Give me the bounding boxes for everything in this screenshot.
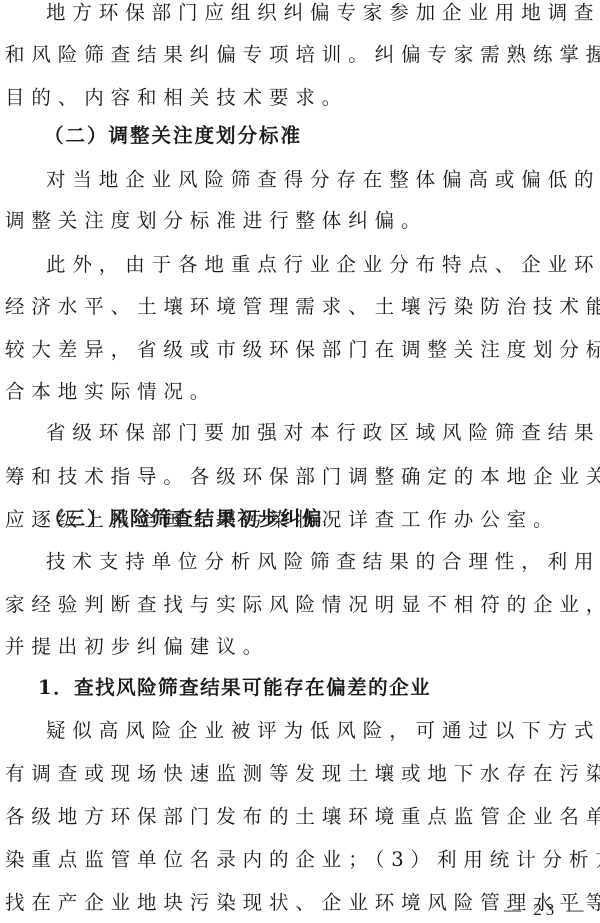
paragraph-line: 各级地方环保部门发布的土壤环境重点监管企业名单或土壤环境污 xyxy=(5,802,591,832)
document-page: 地方环保部门应组织纠偏专家参加企业用地调查相关技术培训 和风险筛查结果纠偏专项培… xyxy=(0,0,600,923)
page-number: — 23 — xyxy=(504,900,588,920)
section-heading: （三）风险筛查结果初步纠偏 xyxy=(44,504,600,534)
paragraph-line: 染重点监管单位名录内的企业；（3）利用统计分析方法（附录 1）查 xyxy=(5,845,591,875)
paragraph-line: 经济水平、土壤环境管理需求、土壤污染防治技术能力等方面存在 xyxy=(5,292,591,322)
paragraph-line: 疑似高风险企业被评为低风险，可通过以下方式查找：（1）已 xyxy=(46,716,600,746)
paragraph-line: 并提出初步纠偏建议。 xyxy=(5,632,591,662)
paragraph-line: 合本地实际情况。 xyxy=(5,377,591,407)
paragraph-line: 地方环保部门应组织纠偏专家参加企业用地调查相关技术培训 xyxy=(46,0,600,28)
paragraph-line: 调整关注度划分标准进行整体纠偏。 xyxy=(5,206,591,236)
paragraph-line: 筹和技术指导。各级环保部门调整确定的本地企业关注度划分标准， xyxy=(5,462,591,492)
section-heading: （二）调整关注度划分标准 xyxy=(44,121,600,151)
paragraph-line: 技术支持单位分析风险筛查结果的合理性，利用统计方法或专 xyxy=(46,547,600,577)
paragraph-line: 目的、内容和相关技术要求。 xyxy=(5,83,591,113)
paragraph-line: 家经验判断查找与实际风险情况明显不相符的企业，分析偏差原因， xyxy=(5,590,591,620)
paragraph-line: 对当地企业风险筛查得分存在整体偏高或偏低的情况，应通过 xyxy=(46,165,600,195)
paragraph-line: 和风险筛查结果纠偏专项培训。纠偏专家需熟练掌握企业用地调查 xyxy=(5,40,591,70)
paragraph-line: 此外，由于各地重点行业企业分布特点、企业环境管理水平、 xyxy=(46,250,600,280)
paragraph-line: 省级环保部门要加强对本行政区域风险筛查结果纠偏工作的统 xyxy=(46,418,600,448)
paragraph-line: 有调查或现场快速监测等发现土壤或地下水存在污染的企业；（2） xyxy=(5,759,591,789)
paragraph-line: 较大差异，省级或市级环保部门在调整关注度划分标准时，还应结 xyxy=(5,335,591,365)
subsection-heading: 1．查找风险筛查结果可能存在偏差的企业 xyxy=(38,673,600,703)
